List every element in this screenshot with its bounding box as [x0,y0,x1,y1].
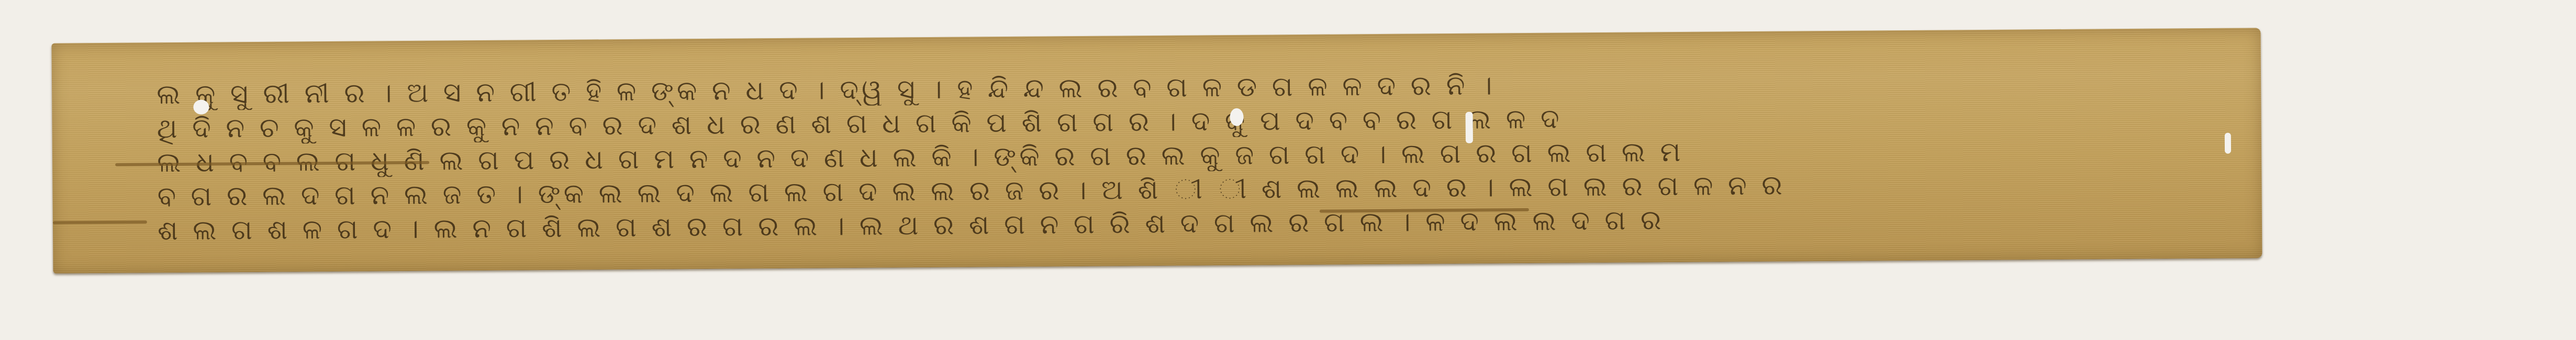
worm-hole [1465,112,1473,143]
worm-hole [2225,133,2231,154]
palm-leaf: ଲ କୁ ସୁ ରୀ ନୀ ର । ଅ ସ ନ ଗୀ ତ ହି ଳ ଙ୍କ ନ … [52,28,2262,273]
string-hole [1230,108,1243,126]
worm-hole [193,100,209,115]
crack [53,220,147,224]
